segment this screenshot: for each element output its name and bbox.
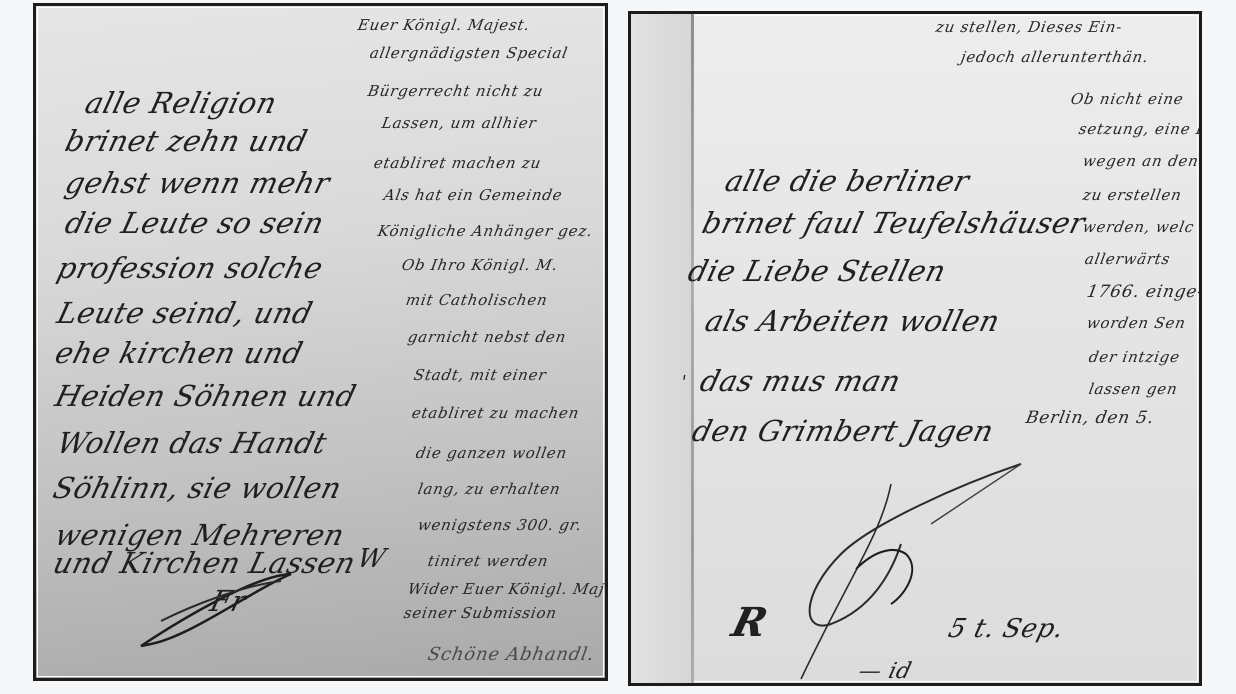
text-line: die ganzen wollen — [414, 444, 568, 462]
text-line: etabliret zu machen — [410, 404, 580, 422]
right-manuscript-page: alle die berliner brinet faul Teufelshäu… — [628, 11, 1202, 686]
page-fold-shadow — [631, 14, 693, 683]
text-line: das mus man — [697, 364, 905, 398]
signature-flourish-icon — [731, 454, 1051, 684]
text-line: profession solche — [54, 251, 327, 285]
left-manuscript-page: alle Religion brinet zehn und gehst wenn… — [33, 3, 608, 681]
text-line: Euer Königl. Majest. — [356, 16, 531, 34]
text-line: Wider Euer Königl. Maj. — [406, 580, 608, 598]
text-line: allergnädigsten Special — [368, 44, 569, 62]
text-line: allerwärts — [1083, 250, 1171, 268]
text-line: mit Catholischen — [404, 291, 549, 309]
marginal-letter: W — [354, 544, 389, 574]
text-line: Berlin, den 5. — [1024, 408, 1156, 428]
document-scan: alle Religion brinet zehn und gehst wenn… — [0, 0, 1236, 694]
text-line: Als hat ein Gemeinde — [382, 186, 564, 204]
text-line: der intzige — [1087, 348, 1181, 366]
text-line: brinet zehn und — [62, 124, 311, 158]
text-line: die Liebe Stellen — [685, 254, 950, 288]
text-line: Wollen das Handt — [54, 426, 331, 460]
text-line: alle Religion — [82, 86, 281, 120]
text-line: seiner Submission — [402, 604, 558, 622]
text-line: lang, zu erhalten — [416, 480, 562, 498]
text-line: Ob Ihro Königl. M. — [400, 256, 559, 274]
text-line: worden Sen — [1085, 314, 1187, 332]
text-line: wenigstens 300. gr. — [416, 516, 583, 534]
text-line: Heiden Söhnen und — [52, 379, 360, 413]
text-line: Bürgerrecht nicht zu — [366, 82, 544, 100]
date-note: 5 t. Sep. — [945, 614, 1067, 644]
text-line: Königliche Anhänger gez. — [376, 222, 594, 240]
page-fold-line — [691, 14, 694, 683]
text-line: zu stellen, Dieses Ein- — [934, 18, 1123, 36]
text-line: tiniret werden — [426, 552, 550, 570]
text-line: die Leute so sein — [62, 206, 328, 240]
text-line: wegen an den — [1081, 152, 1200, 170]
text-line: Stadt, mit einer — [412, 366, 548, 384]
paraph-flourish-icon — [131, 566, 301, 656]
text-line: alle die berliner — [722, 164, 973, 198]
text-line: Schöne Abhandl. — [426, 644, 596, 665]
text-line: den Grimbert Jagen — [689, 414, 998, 448]
text-line: Lassen, um allhier — [380, 114, 538, 132]
text-line: jedoch allerunterthän. — [959, 48, 1150, 66]
text-line: ehe kirchen und — [52, 336, 307, 370]
text-line: brinet faul Teufelshäuser — [699, 206, 1089, 240]
text-line: Söhlinn, sie wollen — [50, 471, 346, 505]
text-line: garnicht nebst den — [406, 328, 567, 346]
text-line: als Arbeiten wollen — [702, 304, 1004, 338]
text-line: 1766. einge- — [1085, 282, 1202, 302]
text-line: Leute seind, und — [54, 296, 317, 330]
text-line: setzung, eine E — [1077, 120, 1202, 138]
text-line: werden, welc — [1081, 218, 1195, 236]
text-line: lassen gen — [1087, 380, 1179, 398]
text-line: zu erstellen — [1081, 186, 1183, 204]
text-line: gehst wenn mehr — [62, 166, 334, 200]
bottom-fragment: — id — [856, 659, 914, 684]
text-line: etabliret machen zu — [372, 154, 542, 172]
text-line: Ob nicht eine — [1069, 90, 1185, 108]
